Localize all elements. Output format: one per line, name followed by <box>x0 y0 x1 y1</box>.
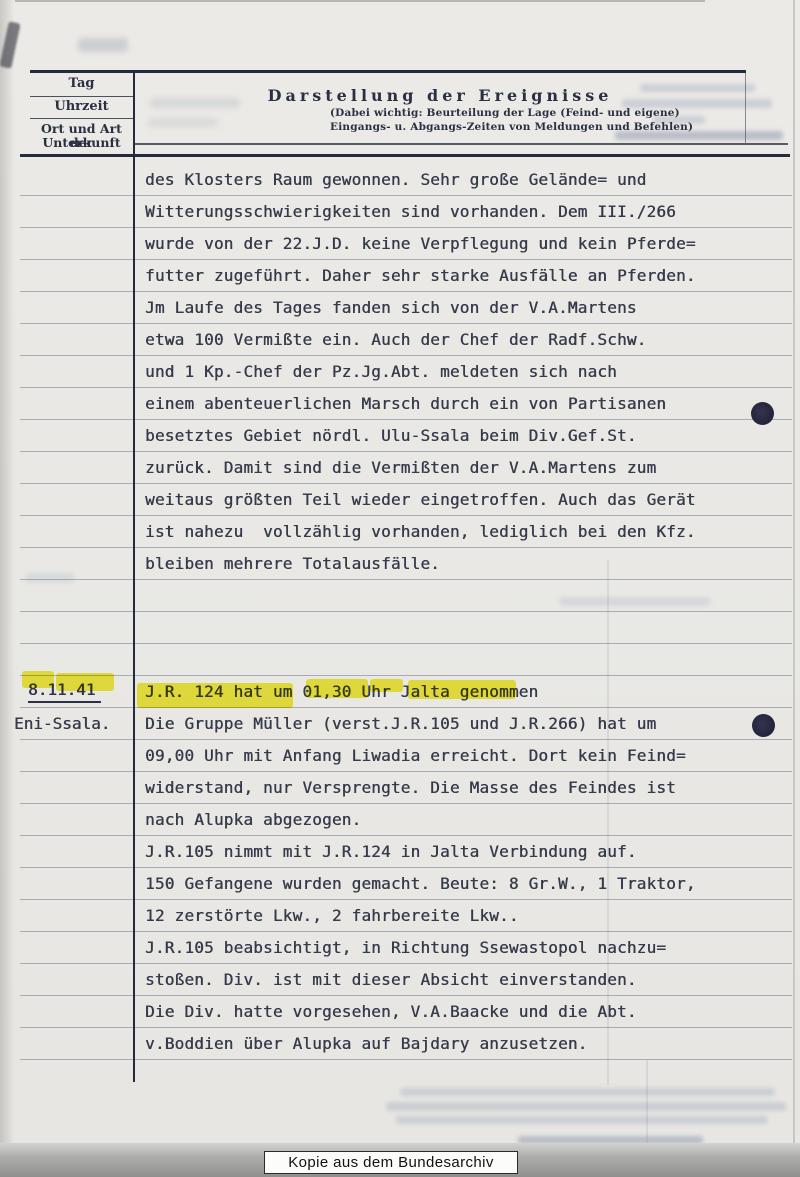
line-text: ist nahezu vollzählig vorhanden, ledigli… <box>20 516 792 547</box>
scan-edge-left <box>0 0 16 1143</box>
scan-edge-top <box>15 0 705 2</box>
bleed-through-text <box>386 1102 786 1111</box>
line-text: J.R. 124 hat um 01,30 Uhr Jalta genommen <box>20 676 792 707</box>
journal-line: stoßen. Div. ist mit dieser Absicht einv… <box>20 964 792 996</box>
line-text: Jm Laufe des Tages fanden sich von der V… <box>20 292 792 323</box>
line-text: futter zugeführt. Daher sehr starke Ausf… <box>20 260 792 291</box>
highlight-mark <box>137 683 293 708</box>
journal-line: J.R.105 nimmt mit J.R.124 in Jalta Verbi… <box>20 836 792 868</box>
line-text: stoßen. Div. ist mit dieser Absicht einv… <box>20 964 792 995</box>
line-text: nach Alupka abgezogen. <box>20 804 792 835</box>
header-bottom-rule-thick <box>20 154 790 157</box>
entry-place: Eni-Ssala. <box>14 714 110 733</box>
punch-hole-dot <box>752 714 775 737</box>
ruled-line-empty <box>20 580 792 612</box>
header-subtitle-2: Eingangs- u. Abgangs-Zeiten von Meldunge… <box>330 121 646 135</box>
header-right-edge <box>745 72 746 143</box>
archive-stamp: Kopie aus dem Bundesarchiv <box>264 1151 518 1174</box>
line-text: bleiben mehrere Totalausfälle. <box>20 548 792 579</box>
highlight-mark <box>306 679 368 698</box>
journal-line: Witterungsschwierigkeiten sind vorhanden… <box>20 196 792 228</box>
line-text: v.Boddien über Alupka auf Bajdary anzuse… <box>20 1028 792 1059</box>
ruled-line-empty <box>20 644 792 676</box>
journal-line: zurück. Damit sind die Vermißten der V.A… <box>20 452 792 484</box>
line-text: wurde von der 22.J.D. keine Verpflegung … <box>20 228 792 259</box>
header-separator <box>30 96 133 97</box>
line-text: J.R.105 beabsichtigt, in Richtung Ssewas… <box>20 932 792 963</box>
journal-line: des Klosters Raum gewonnen. Sehr große G… <box>20 164 792 196</box>
line-text: Witterungsschwierigkeiten sind vorhanden… <box>20 196 792 227</box>
journal-line: Jm Laufe des Tages fanden sich von der V… <box>20 292 792 324</box>
journal-line: wurde von der 22.J.D. keine Verpflegung … <box>20 228 792 260</box>
line-text: J.R.105 nimmt mit J.R.124 in Jalta Verbi… <box>20 836 792 867</box>
highlight-mark <box>370 679 403 692</box>
line-text: zurück. Damit sind die Vermißten der V.A… <box>20 452 792 483</box>
line-text: 12 zerstörte Lkw., 2 fahrbereite Lkw.. <box>20 900 792 931</box>
line-text: widerstand, nur Versprengte. Die Masse d… <box>20 772 792 803</box>
header-separator <box>30 118 133 119</box>
journal-line: 150 Gefangene wurden gemacht. Beute: 8 G… <box>20 868 792 900</box>
line-text: 150 Gefangene wurden gemacht. Beute: 8 G… <box>20 868 792 899</box>
header-label-tag: Tag <box>30 77 133 91</box>
paper-crease <box>646 1060 648 1145</box>
header-title: Darstellung der Ereignisse <box>250 86 630 105</box>
scan-edge-right <box>793 0 795 1143</box>
table-column-divider <box>133 70 135 1082</box>
ruled-line-empty <box>20 612 792 644</box>
bleed-through-text <box>640 84 755 92</box>
punch-hole-dot <box>751 402 774 425</box>
journal-body: des Klosters Raum gewonnen. Sehr große G… <box>20 164 792 1060</box>
highlight-mark <box>408 680 516 699</box>
journal-line: futter zugeführt. Daher sehr starke Ausf… <box>20 260 792 292</box>
faint-handwriting-smudge <box>150 98 240 108</box>
highlight-mark <box>22 671 54 688</box>
bleed-through-text <box>400 1088 775 1096</box>
line-text: weitaus größten Teil wieder eingetroffen… <box>20 484 792 515</box>
journal-line: etwa 100 Vermißte ein. Auch der Chef der… <box>20 324 792 356</box>
journal-line: einem abenteuerlichen Marsch durch ein v… <box>20 388 792 420</box>
header-label-ort-line2: Unterkunft <box>30 136 133 150</box>
journal-line: 12 zerstörte Lkw., 2 fahrbereite Lkw.. <box>20 900 792 932</box>
journal-line: bleiben mehrere Totalausfälle. <box>20 548 792 580</box>
journal-line: Die Gruppe Müller (verst.J.R.105 und J.R… <box>20 708 792 740</box>
line-text: Die Gruppe Müller (verst.J.R.105 und J.R… <box>20 708 792 739</box>
line-text: 09,00 Uhr mit Anfang Liwadia erreicht. D… <box>20 740 792 771</box>
journal-line: weitaus größten Teil wieder eingetroffen… <box>20 484 792 516</box>
journal-line: ist nahezu vollzählig vorhanden, ledigli… <box>20 516 792 548</box>
journal-line-highlighted: J.R. 124 hat um 01,30 Uhr Jalta genommen <box>20 676 792 708</box>
pencil-smudge <box>78 38 128 52</box>
bleed-through-text <box>396 1116 768 1124</box>
line-text: einem abenteuerlichen Marsch durch ein v… <box>20 388 792 419</box>
journal-line: J.R.105 beabsichtigt, in Richtung Ssewas… <box>20 932 792 964</box>
journal-line: widerstand, nur Versprengte. Die Masse d… <box>20 772 792 804</box>
journal-line: und 1 Kp.-Chef der Pz.Jg.Abt. meldeten s… <box>20 356 792 388</box>
table-top-rule <box>30 70 746 73</box>
line-text: besetztes Gebiet nördl. Ulu-Ssala beim D… <box>20 420 792 451</box>
line-text: Die Div. hatte vorgesehen, V.A.Baacke un… <box>20 996 792 1027</box>
line-text: etwa 100 Vermißte ein. Auch der Chef der… <box>20 324 792 355</box>
header-subtitle-1: (Dabei wichtig: Beurteilung der Lage (Fe… <box>330 107 646 121</box>
journal-line: nach Alupka abgezogen. <box>20 804 792 836</box>
journal-line: besetztes Gebiet nördl. Ulu-Ssala beim D… <box>20 420 792 452</box>
highlight-mark <box>56 673 114 691</box>
journal-line: v.Boddien über Alupka auf Bajdary anzuse… <box>20 1028 792 1060</box>
line-text: und 1 Kp.-Chef der Pz.Jg.Abt. meldeten s… <box>20 356 792 387</box>
header-label-uhrzeit: Uhrzeit <box>30 100 133 114</box>
journal-line: Die Div. hatte vorgesehen, V.A.Baacke un… <box>20 996 792 1028</box>
line-text: des Klosters Raum gewonnen. Sehr große G… <box>20 164 792 195</box>
faint-handwriting-smudge <box>148 118 218 127</box>
header-bottom-rule-thin <box>133 143 788 145</box>
archive-stamp-text: Kopie aus dem Bundesarchiv <box>288 1154 494 1171</box>
journal-line: 09,00 Uhr mit Anfang Liwadia erreicht. D… <box>20 740 792 772</box>
